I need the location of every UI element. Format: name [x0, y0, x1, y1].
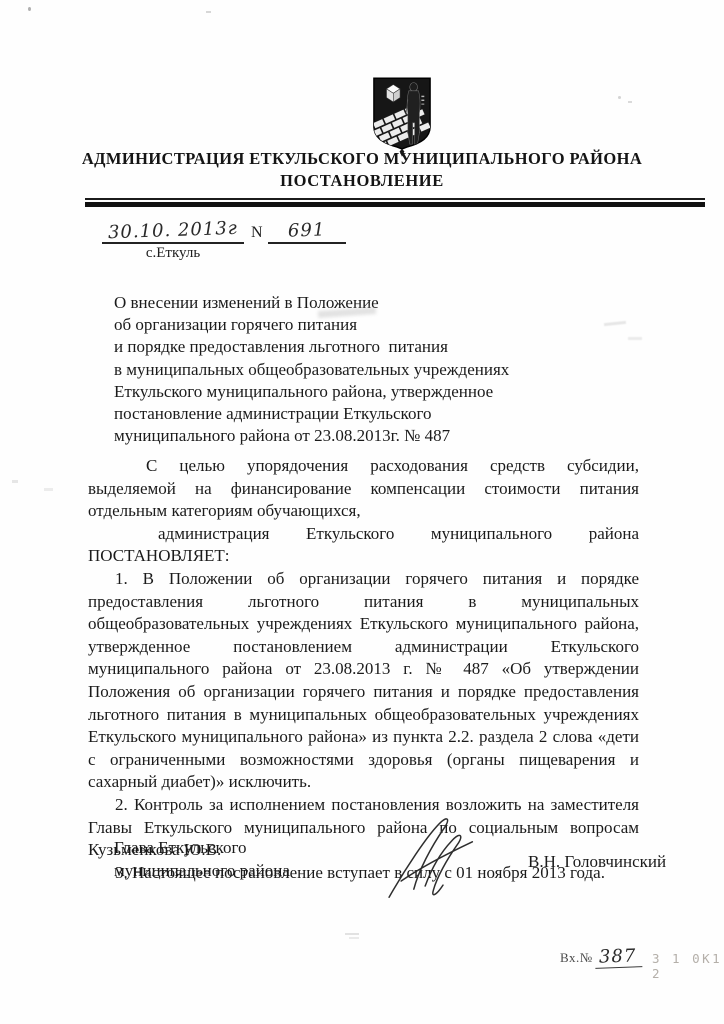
title-line: об организации горячего питания: [114, 314, 584, 336]
number-field: 691: [268, 214, 346, 244]
scan-noise: [604, 321, 626, 326]
document-body: С целью упорядочения расходования средст…: [88, 455, 639, 884]
date-stamp: 3 1 0К1 2: [652, 951, 724, 981]
scan-noise: [44, 488, 53, 491]
header-rule: [85, 198, 705, 207]
signatory-position-line: муниципального района: [114, 859, 290, 882]
coat-of-arms-svg: [371, 75, 433, 159]
place-label: с.Еткуль: [102, 245, 244, 262]
body-paragraph: 1. В Положении об организации горячего п…: [88, 568, 639, 794]
org-name: АДМИНИСТРАЦИЯ ЕТКУЛЬСКОГО МУНИЦИПАЛЬНОГО…: [60, 148, 664, 170]
scan-noise: [345, 933, 359, 935]
date-field: 30.10. 2013г: [102, 214, 244, 244]
signature-icon: [376, 809, 493, 912]
scan-noise: [12, 480, 18, 483]
body-paragraph: С целью упорядочения расходования средст…: [88, 455, 639, 523]
signatory-position: Глава Еткульского муниципального района: [114, 836, 290, 882]
scan-noise: [628, 337, 642, 340]
coat-of-arms-icon: [371, 75, 433, 159]
scan-noise: [349, 937, 359, 939]
title-line: Еткульского муниципального района, утвер…: [114, 381, 584, 403]
body-paragraph: администрация Еткульского муниципального…: [88, 523, 639, 568]
number-label: N: [251, 224, 263, 242]
handwritten-number: 691: [288, 219, 326, 242]
signatory-position-line: Глава Еткульского: [114, 836, 290, 859]
scan-noise: [28, 7, 31, 11]
handwritten-date: 30.10. 2013г: [108, 218, 239, 245]
document-page: АДМИНИСТРАЦИЯ ЕТКУЛЬСКОГО МУНИЦИПАЛЬНОГО…: [0, 0, 724, 1024]
signatory-name: В.Н. Головчинский: [528, 852, 666, 872]
incoming-label: Вх.№: [560, 950, 593, 968]
title-line: в муниципальных общеобразовательных учре…: [114, 359, 584, 381]
title-line: и порядке предоставления льготного питан…: [114, 336, 584, 358]
scan-noise: [618, 96, 621, 99]
title-line: муниципального района от 23.08.2013г. № …: [114, 425, 584, 447]
incoming-number-stamp: Вх.№ 387: [560, 946, 642, 968]
title-line: постановление администрации Еткульского: [114, 403, 584, 425]
incoming-number: 387: [594, 945, 642, 969]
scan-noise: [628, 101, 632, 103]
scan-noise: [206, 11, 211, 13]
doc-type-title: ПОСТАНОВЛЕНИЕ: [60, 171, 664, 191]
